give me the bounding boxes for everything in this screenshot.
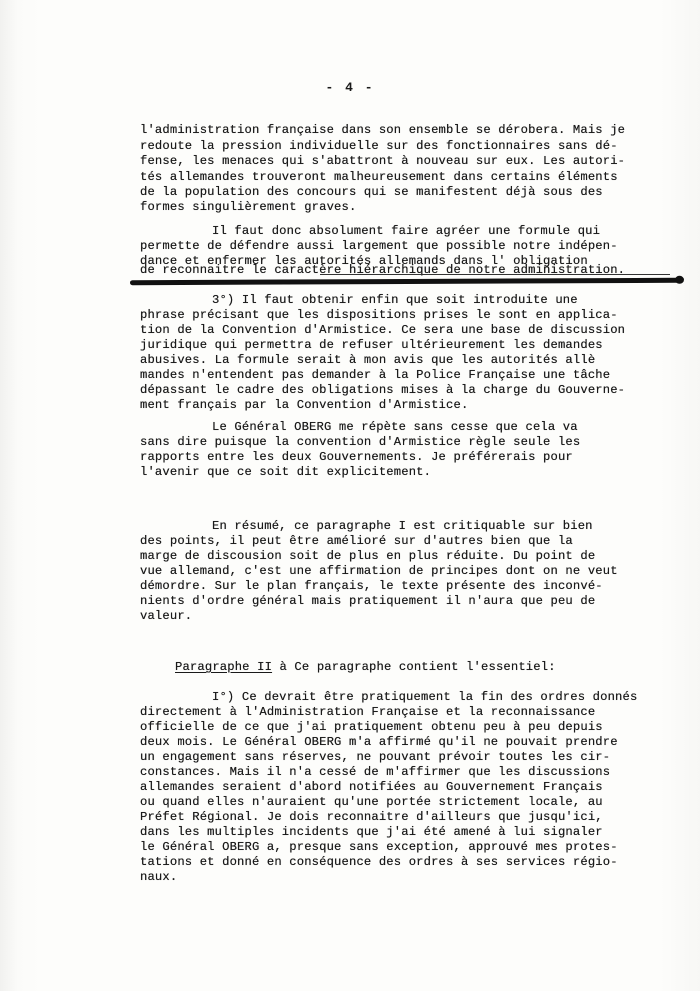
text-line: l'administration française dans son ense… xyxy=(140,123,625,138)
text-line: Le Général OBERG me répète sans cesse qu… xyxy=(212,420,578,435)
text-line: juridique qui permettra de refuser ultér… xyxy=(140,338,603,353)
text-line: le Général OBERG a, presque sans excepti… xyxy=(140,840,618,855)
text-line: de reconnaitre le caractère hiérarchique… xyxy=(140,263,625,278)
text-line: formes singulièrement graves. xyxy=(140,200,356,215)
text-line: directement à l'Administration Française… xyxy=(140,705,595,720)
text-line: officielle de ce que j'ai pratiquement o… xyxy=(140,720,603,735)
text-line: ment français par la Convention d'Armist… xyxy=(140,398,468,413)
text-line: marge de discousion soit de plus en plus… xyxy=(140,549,595,564)
text-line: abusives. La formule serait à mon avis q… xyxy=(140,353,595,368)
text-line: rapports entre les deux Gouvernements. J… xyxy=(140,450,573,465)
text-line: des points, il peut être amélioré sur d'… xyxy=(140,534,573,549)
text-line: constances. Mais il n'a cessé de m'affir… xyxy=(140,765,610,780)
text-line: tés allemandes trouveront malheureusemen… xyxy=(140,170,618,185)
text-line: 3°) Il faut obtenir enfin que soit intro… xyxy=(212,293,578,308)
section-heading: Paragraphe II à Ce paragraphe contient l… xyxy=(175,660,556,675)
page-number: - 4 - xyxy=(0,80,700,95)
text-line: permette de défendre aussi largement que… xyxy=(140,239,618,254)
document-page: - 4 - l'administration française dans so… xyxy=(0,0,700,991)
text-line: valeur. xyxy=(140,609,192,624)
text-line: un engagement sans réserves, ne pouvant … xyxy=(140,750,610,765)
text-line: démordre. Sur le plan français, le texte… xyxy=(140,579,603,594)
text-line: l'avenir que ce soit dit explicitement. xyxy=(140,465,431,480)
text-line: Préfet Régional. Je dois reconnaitre d'a… xyxy=(140,810,603,825)
text-line: de la population des concours qui se man… xyxy=(140,185,603,200)
text-line: Il faut donc absolument faire agréer une… xyxy=(212,224,600,239)
text-line: dans les multiples incidents que j'ai ét… xyxy=(140,825,603,840)
text-line: redoute la pression individuelle sur des… xyxy=(140,139,618,154)
text-line: En résumé, ce paragraphe I est critiquab… xyxy=(212,519,593,534)
text-line: fense, les menaces qui s'abattront à nou… xyxy=(140,154,625,169)
text-line: vue allemand, c'est une affirmation de p… xyxy=(140,564,618,579)
text-line: I°) Ce devrait être pratiquement la fin … xyxy=(212,690,637,705)
text-line: nients d'ordre général mais pratiquement… xyxy=(140,594,595,609)
typed-underline xyxy=(320,274,670,275)
section-heading-text: à Ce paragraphe contient l'essentiel: xyxy=(272,660,556,674)
text-line: sans dire puisque la convention d'Armist… xyxy=(140,435,580,450)
text-line: naux. xyxy=(140,870,177,885)
text-line: phrase précisant que les dispositions pr… xyxy=(140,308,618,323)
handwritten-underline-mark xyxy=(130,278,680,285)
text-line: ou quand elles n'auraient qu'une portée … xyxy=(140,795,603,810)
text-line: allemandes seraient d'abord notifiées au… xyxy=(140,780,603,795)
section-heading-label: Paragraphe II xyxy=(175,660,272,674)
text-line: tion de la Convention d'Armistice. Ce se… xyxy=(140,323,625,338)
text-line: dépassant le cadre des obligations mises… xyxy=(140,383,625,398)
text-line: deux mois. Le Général OBERG m'a affirmé … xyxy=(140,735,618,750)
text-line: tations et donné en conséquence des ordr… xyxy=(140,855,618,870)
text-line: mandes n'entendent pas demander à la Pol… xyxy=(140,368,610,383)
